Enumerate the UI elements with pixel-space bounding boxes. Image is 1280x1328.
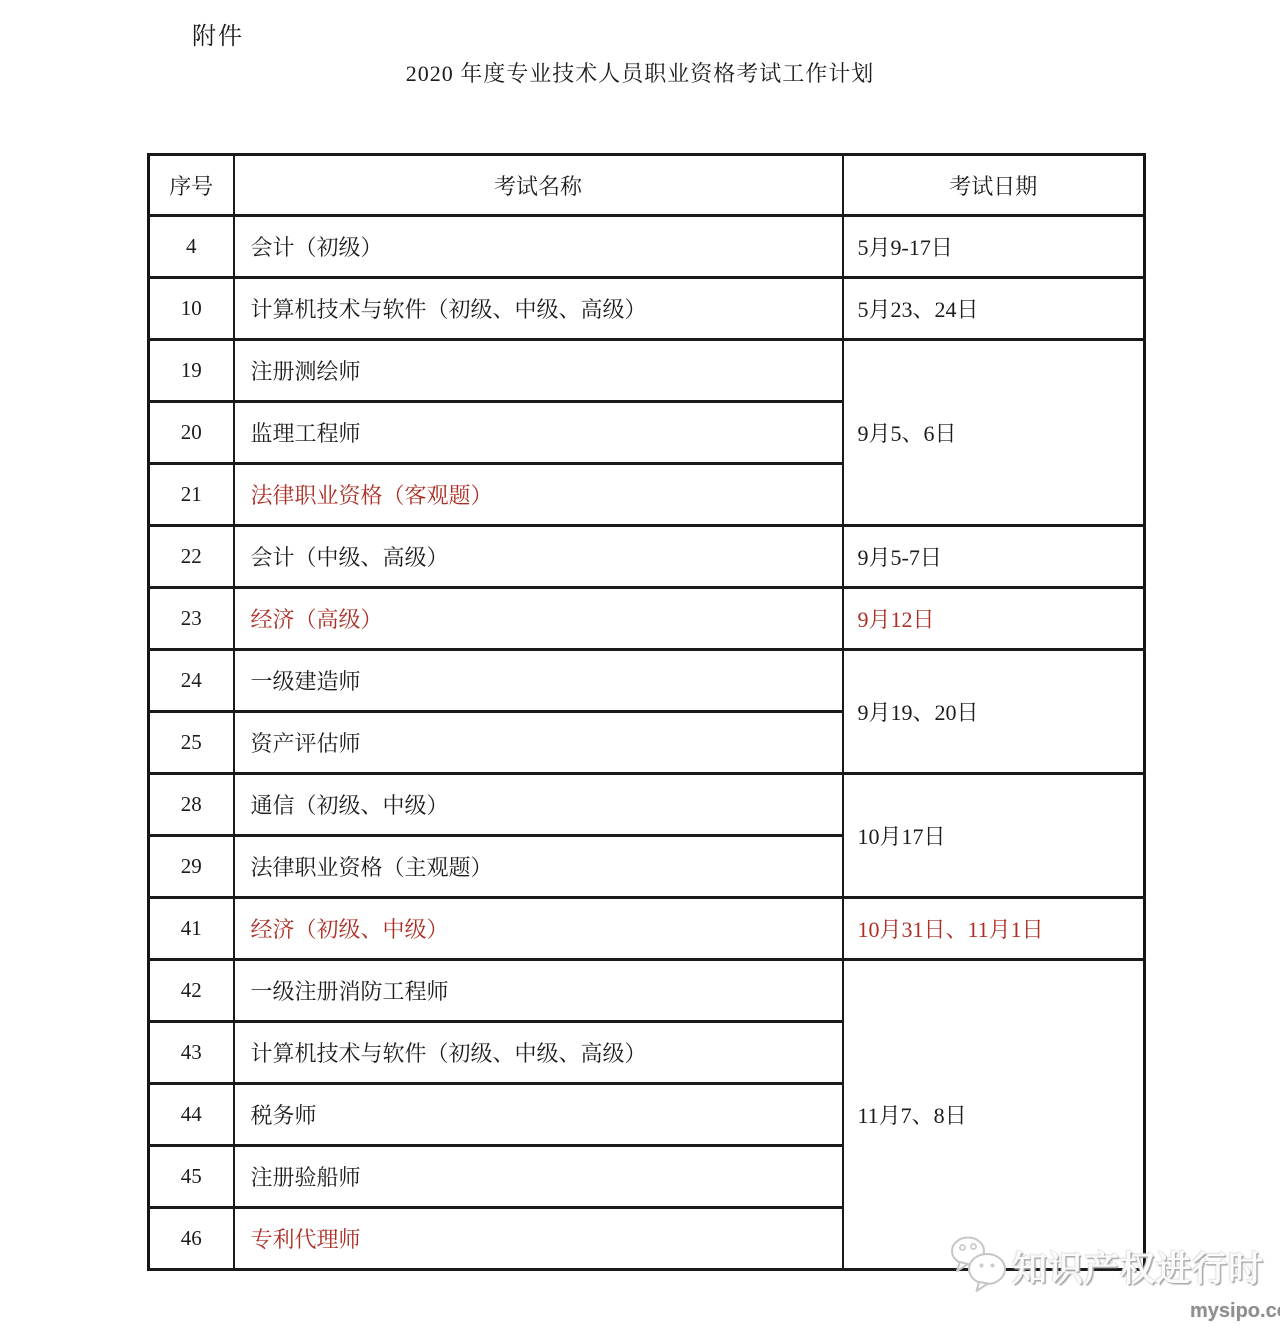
- exam-date-cell: 10月17日: [843, 774, 1145, 898]
- row-serial-number-cell: 23: [149, 588, 234, 650]
- exam-name-cell: 监理工程师: [234, 402, 843, 464]
- row-serial-number-cell: 20: [149, 402, 234, 464]
- exam-name-cell: 资产评估师: [234, 712, 843, 774]
- table-row: 22会计（中级、高级）9月5-7日: [149, 526, 1145, 588]
- table-row: 41经济（初级、中级）10月31日、11月1日: [149, 898, 1145, 960]
- exam-name-cell: 税务师: [234, 1084, 843, 1146]
- wechat-icon: [948, 1234, 1008, 1299]
- exam-date-cell: 5月23、24日: [843, 278, 1145, 340]
- row-serial-number-cell: 19: [149, 340, 234, 402]
- table-row: 4会计（初级）5月9-17日: [149, 216, 1145, 278]
- exam-name-cell: 计算机技术与软件（初级、中级、高级）: [234, 278, 843, 340]
- row-serial-number-cell: 41: [149, 898, 234, 960]
- row-serial-number-cell: 29: [149, 836, 234, 898]
- row-serial-number-cell: 46: [149, 1208, 234, 1270]
- table-row: 23经济（高级）9月12日: [149, 588, 1145, 650]
- header-serial-number: 序号: [149, 155, 234, 216]
- table-row: 19注册测绘师9月5、6日: [149, 340, 1145, 402]
- exam-date-cell: 10月31日、11月1日: [843, 898, 1145, 960]
- exam-name-cell: 法律职业资格（客观题）: [234, 464, 843, 526]
- row-serial-number-cell: 44: [149, 1084, 234, 1146]
- exam-name-cell: 一级建造师: [234, 650, 843, 712]
- row-serial-number-cell: 10: [149, 278, 234, 340]
- exam-name-cell: 经济（初级、中级）: [234, 898, 843, 960]
- exam-name-cell: 注册测绘师: [234, 340, 843, 402]
- row-serial-number-cell: 21: [149, 464, 234, 526]
- exam-name-cell: 专利代理师: [234, 1208, 843, 1270]
- exam-name-cell: 会计（初级）: [234, 216, 843, 278]
- row-serial-number-cell: 25: [149, 712, 234, 774]
- document-page: 附件 2020 年度专业技术人员职业资格考试工作计划 序号 考试名称 考试日期 …: [0, 0, 1280, 1328]
- exam-name-cell: 法律职业资格（主观题）: [234, 836, 843, 898]
- watermark-brand-text: 知识产权进行时: [1012, 1242, 1264, 1292]
- exam-table-body: 4会计（初级）5月9-17日10计算机技术与软件（初级、中级、高级）5月23、2…: [149, 216, 1145, 1270]
- exam-date-cell: 9月12日: [843, 588, 1145, 650]
- watermark: 知识产权进行时: [948, 1234, 1264, 1299]
- exam-name-cell: 通信（初级、中级）: [234, 774, 843, 836]
- row-serial-number-cell: 4: [149, 216, 234, 278]
- header-exam-name: 考试名称: [234, 155, 843, 216]
- row-serial-number-cell: 42: [149, 960, 234, 1022]
- row-serial-number-cell: 22: [149, 526, 234, 588]
- exam-date-cell: 9月19、20日: [843, 650, 1145, 774]
- row-serial-number-cell: 43: [149, 1022, 234, 1084]
- exam-date-cell: 9月5、6日: [843, 340, 1145, 526]
- exam-date-cell: 5月9-17日: [843, 216, 1145, 278]
- exam-date-cell: 11月7、8日: [843, 960, 1145, 1270]
- page-title: 2020 年度专业技术人员职业资格考试工作计划: [0, 57, 1280, 88]
- table-header-row: 序号 考试名称 考试日期: [149, 155, 1145, 216]
- exam-schedule-table: 序号 考试名称 考试日期 4会计（初级）5月9-17日10计算机技术与软件（初级…: [147, 153, 1146, 1271]
- table-row: 10计算机技术与软件（初级、中级、高级）5月23、24日: [149, 278, 1145, 340]
- row-serial-number-cell: 28: [149, 774, 234, 836]
- row-serial-number-cell: 45: [149, 1146, 234, 1208]
- table-row: 28通信（初级、中级）10月17日: [149, 774, 1145, 836]
- row-serial-number-cell: 24: [149, 650, 234, 712]
- exam-date-cell: 9月5-7日: [843, 526, 1145, 588]
- exam-name-cell: 计算机技术与软件（初级、中级、高级）: [234, 1022, 843, 1084]
- exam-name-cell: 经济（高级）: [234, 588, 843, 650]
- header-exam-date: 考试日期: [843, 155, 1145, 216]
- watermark-site-text: mysipo.com: [1190, 1300, 1280, 1323]
- exam-name-cell: 会计（中级、高级）: [234, 526, 843, 588]
- exam-name-cell: 注册验船师: [234, 1146, 843, 1208]
- table-row: 42一级注册消防工程师11月7、8日: [149, 960, 1145, 1022]
- table-row: 24一级建造师9月19、20日: [149, 650, 1145, 712]
- attachment-label: 附件: [192, 16, 244, 51]
- exam-name-cell: 一级注册消防工程师: [234, 960, 843, 1022]
